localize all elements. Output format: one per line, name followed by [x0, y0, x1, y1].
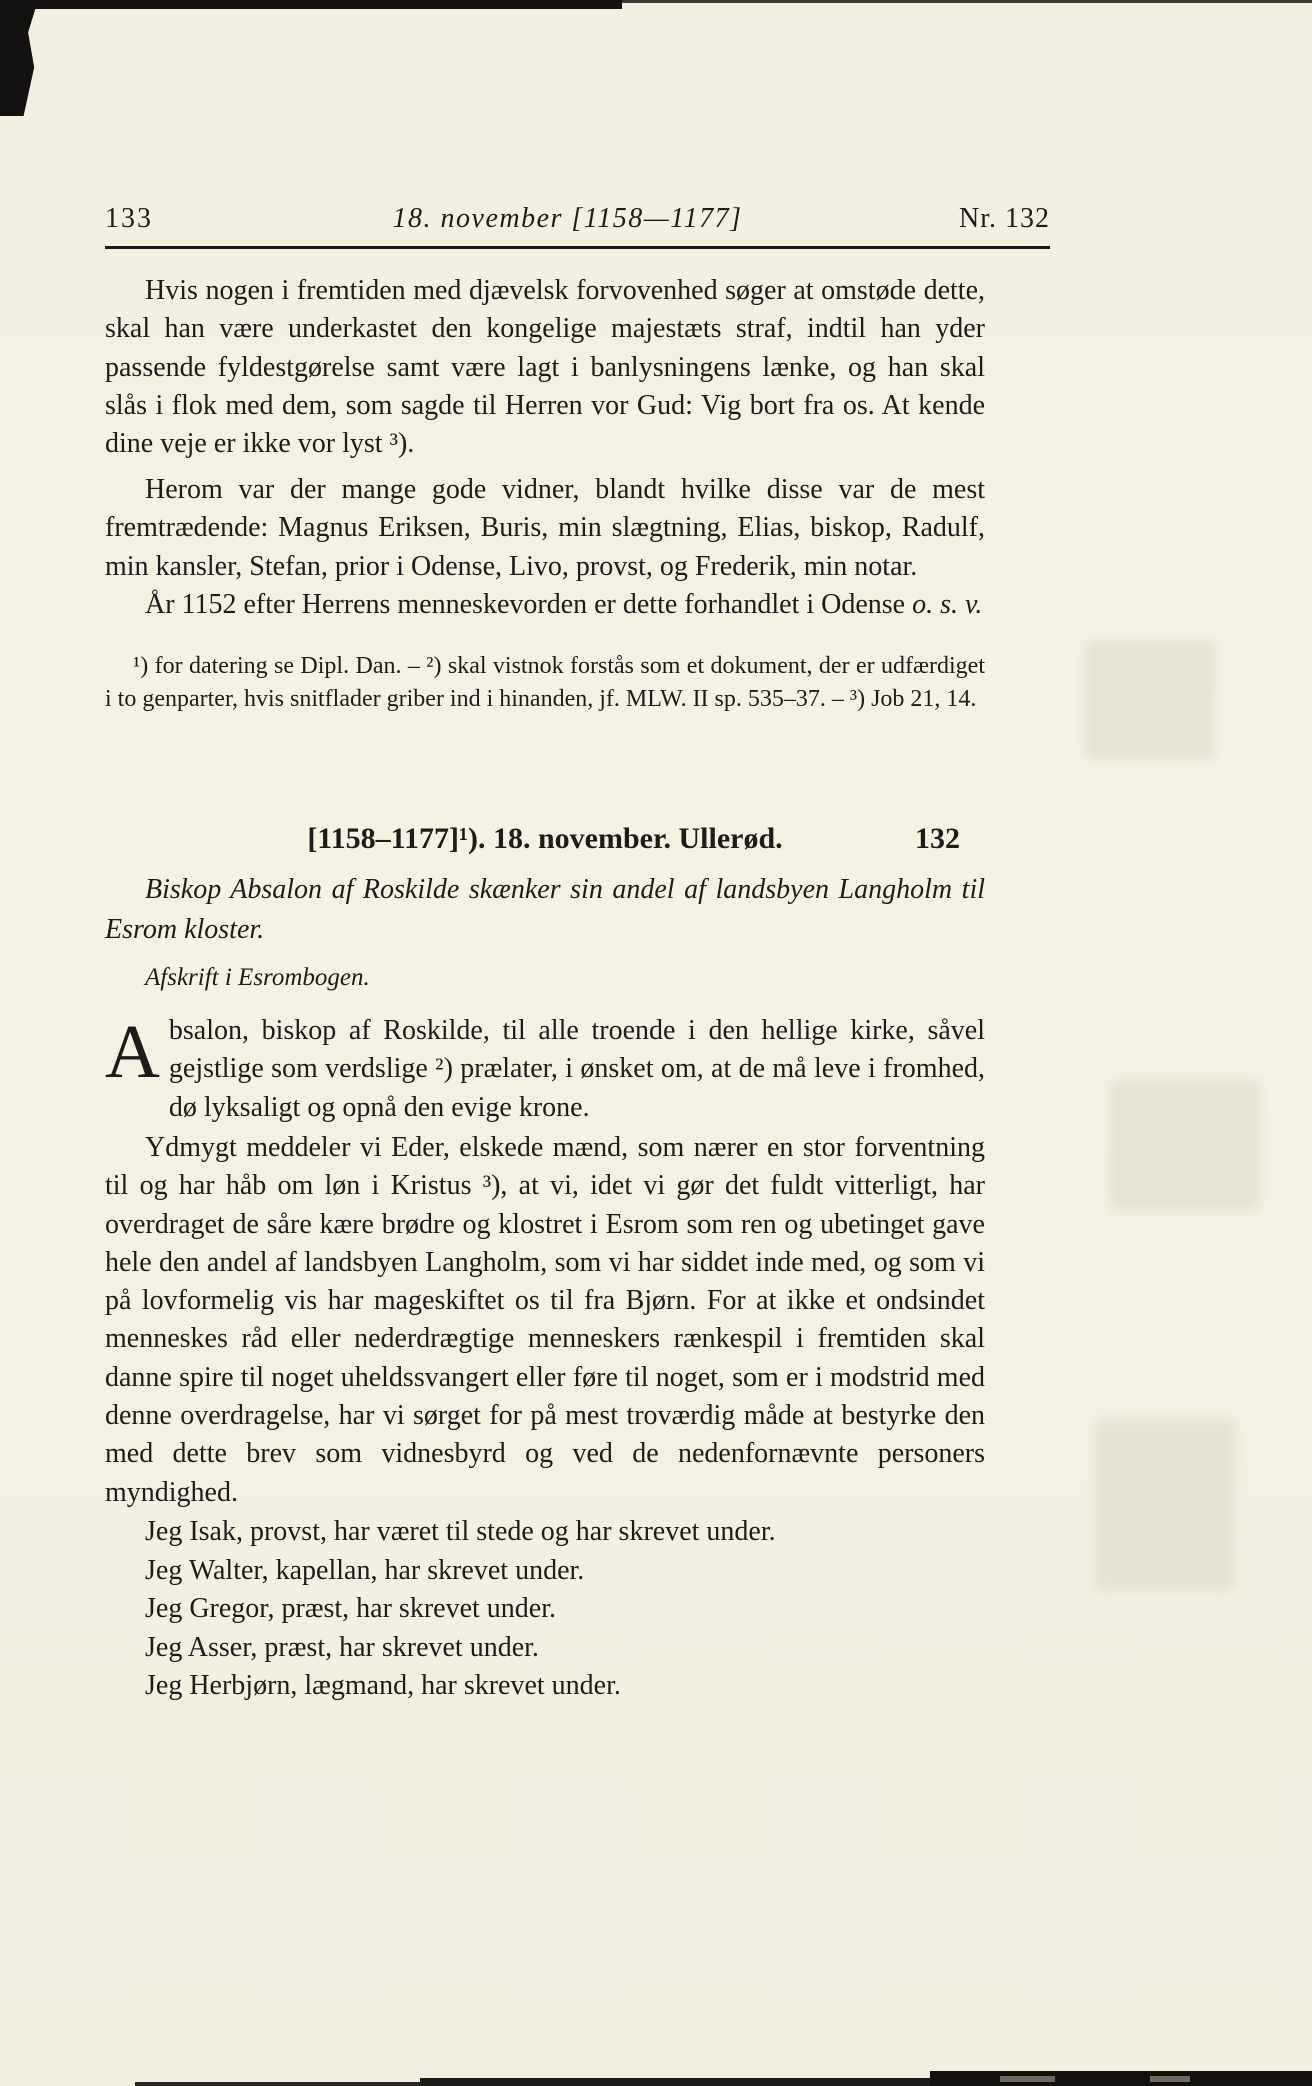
subscription-line: Jeg Gregor, præst, har skrevet under. — [105, 1590, 985, 1629]
running-header: 133 18. november [1158—1177] Nr. 132 — [105, 203, 1050, 235]
page-bleedthrough — [1110, 1080, 1260, 1210]
scan-artifact-notch — [1150, 2076, 1190, 2082]
scan-artifact-notch — [1000, 2076, 1055, 2082]
source-note: Afskrift i Esrombogen. — [105, 964, 1025, 992]
entry-body-paragraph-2: Ydmygt meddeler vi Eder, elskede mænd, s… — [105, 1129, 985, 1512]
entry-heading-row: [1158–1177]¹). 18. november. Ullerød. 13… — [105, 822, 985, 856]
entry-body-paragraph-1: Absalon, biskop af Roskilde, til alle tr… — [105, 1012, 985, 1127]
dating-line: År 1152 efter Herrens menneskevorden er … — [105, 586, 985, 624]
entry-body-first-text: bsalon, biskop af Roskilde, til alle tro… — [169, 1015, 985, 1123]
page-number: 133 — [105, 203, 235, 235]
header-rule — [105, 246, 1050, 249]
scanned-book-page: 133 18. november [1158—1177] Nr. 132 Hvi… — [0, 0, 1312, 2086]
subscription-line: Jeg Herbjørn, lægmand, har skrevet under… — [105, 1667, 985, 1706]
subscription-line: Jeg Isak, provst, har været til stede og… — [105, 1513, 985, 1552]
entry-heading: [1158–1177]¹). 18. november. Ullerød. — [307, 822, 782, 855]
subscription-list: Jeg Isak, provst, har været til stede og… — [105, 1513, 985, 1706]
entry-margin-number: 132 — [915, 822, 960, 856]
drop-cap-initial: A — [105, 1014, 160, 1090]
sanction-paragraph: Hvis nogen i fremtiden med djævelsk forv… — [105, 272, 985, 463]
entry-number-header: Nr. 132 — [900, 203, 1050, 235]
scan-artifact-bottom-right-strip — [930, 2071, 1312, 2086]
subscription-line: Jeg Walter, kapellan, har skrevet under. — [105, 1552, 985, 1591]
scan-artifact-corner-blob — [0, 0, 38, 116]
footnote-block: ¹) for datering se Dipl. Dan. – ²) skal … — [105, 650, 985, 716]
running-title: 18. november [1158—1177] — [235, 203, 900, 235]
page-bleedthrough — [1095, 1420, 1235, 1590]
page-bleedthrough — [1085, 640, 1215, 760]
scan-artifact-top-left-strip — [0, 0, 622, 9]
dating-line-text: År 1152 efter Herrens menneskevorden er … — [145, 589, 912, 620]
entry-summary: Biskop Absalon af Roskilde skænker sin a… — [105, 870, 985, 950]
dating-line-etc: o. s. v. — [912, 589, 982, 620]
witness-list-paragraph: Herom var der mange gode vidner, blandt … — [105, 471, 985, 586]
subscription-line: Jeg Asser, præst, har skrevet under. — [105, 1629, 985, 1668]
